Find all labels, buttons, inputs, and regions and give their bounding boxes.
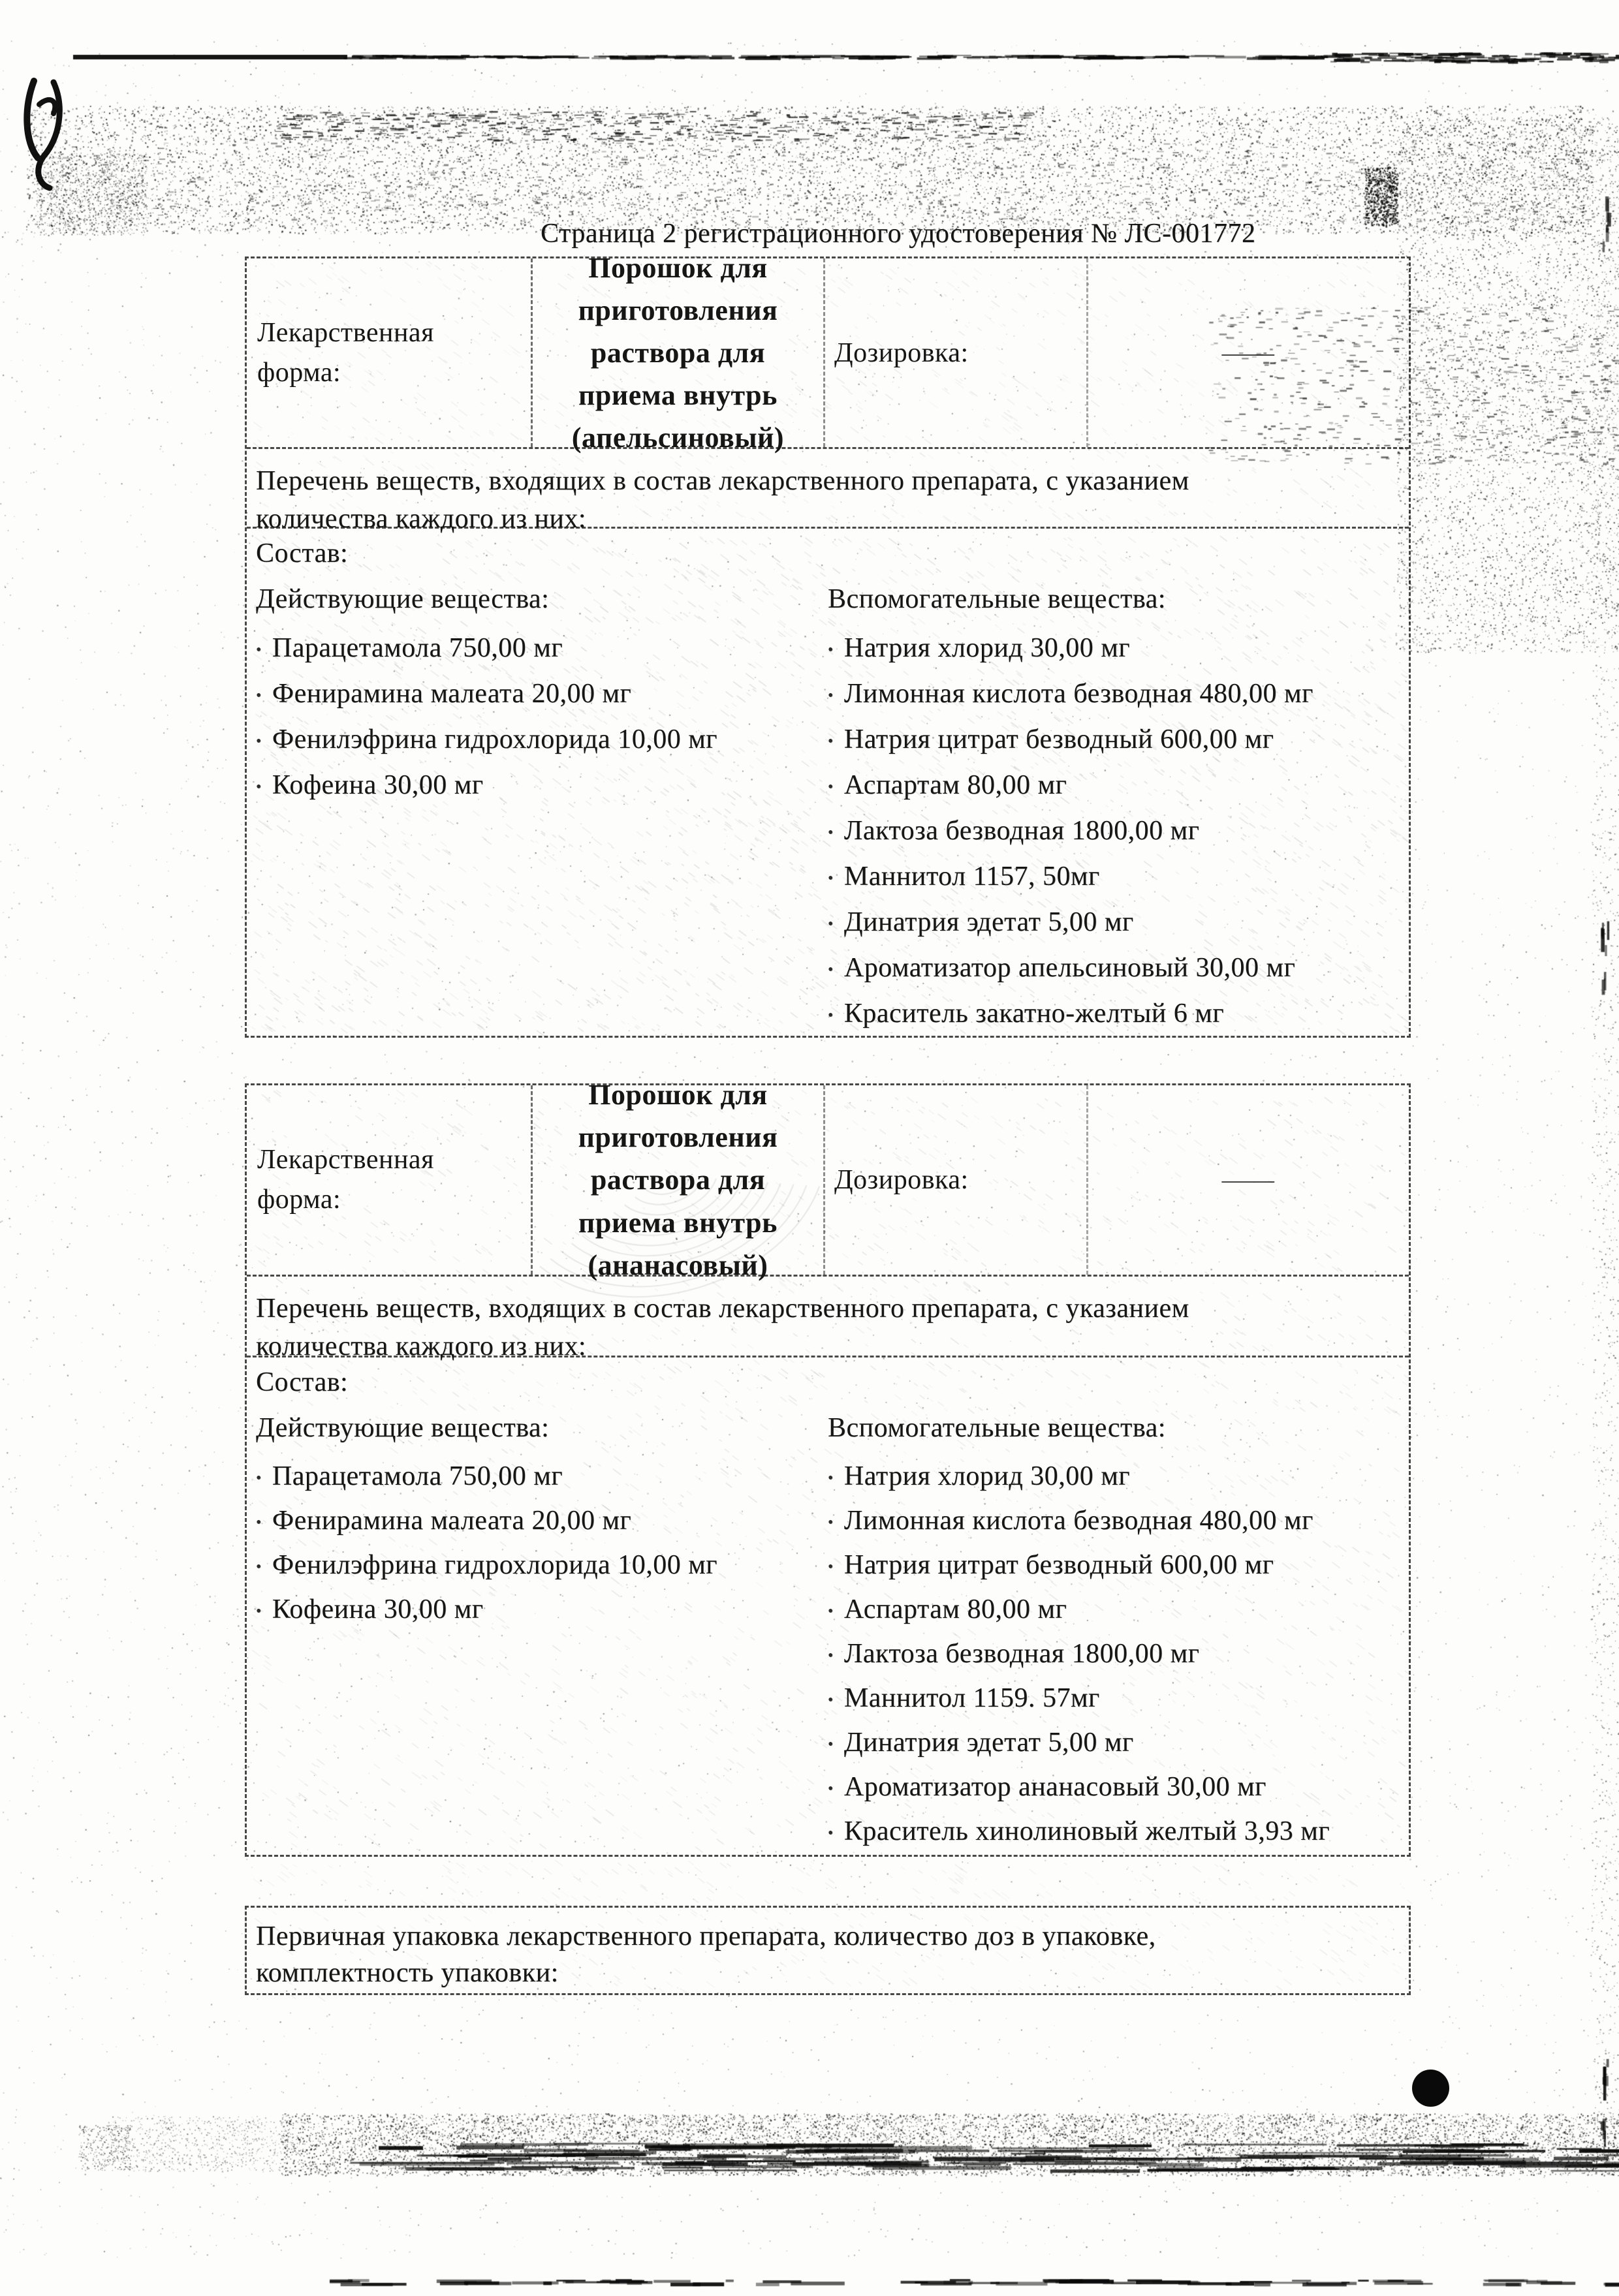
list-item: •Натрия хлорид 30,00 мг xyxy=(828,1454,1410,1498)
list-item: •Краситель закатно-желтый 6 мг xyxy=(828,991,1410,1036)
bullet-icon: • xyxy=(828,779,834,795)
dosage-value-cell: — xyxy=(1088,258,1409,447)
ingredient-text: Краситель закатно-желтый 6 мг xyxy=(844,998,1224,1029)
ingredient-text: Натрия цитрат безводный 600,00 мг xyxy=(844,724,1274,755)
dash-placeholder: — xyxy=(1222,1166,1275,1194)
composition-label: Состав: xyxy=(256,1367,348,1398)
active-substances-header: Действующие вещества: xyxy=(256,583,549,615)
ingredient-text: Лактоза безводная 1800,00 мг xyxy=(844,1638,1200,1669)
bullet-icon: • xyxy=(828,916,834,932)
ingredient-text: Ароматизатор ананасовый 30,00 мг xyxy=(844,1771,1266,1803)
list-item: •Лимонная кислота безводная 480,00 мг xyxy=(828,1498,1410,1543)
list-item: •Динатрия эдетат 5,00 мг xyxy=(828,1720,1410,1765)
bullet-icon: • xyxy=(828,871,834,886)
ingredient-text: Лимонная кислота безводная 480,00 мг xyxy=(844,678,1313,709)
ingredient-text: Динатрия эдетат 5,00 мг xyxy=(844,907,1134,938)
bullet-icon: • xyxy=(256,1559,262,1575)
bullet-icon: • xyxy=(256,642,262,658)
ingredient-text: Аспартам 80,00 мг xyxy=(844,1594,1067,1625)
dosage-label-cell: Дозировка: xyxy=(825,1085,1088,1275)
list-item: •Ароматизатор ананасовый 30,00 мг xyxy=(828,1765,1410,1809)
composition-label: Состав: xyxy=(256,538,348,569)
list-item: •Маннитол 1159. 57мг xyxy=(828,1676,1410,1720)
bullet-icon: • xyxy=(828,1692,834,1708)
list-item: •Динатрия эдетат 5,00 мг xyxy=(828,899,1410,945)
ingredient-text: Маннитол 1159. 57мг xyxy=(844,1683,1100,1714)
list-item: •Фенилэфрина гидрохлорида 10,00 мг xyxy=(256,1543,817,1587)
page-title: Страница 2 регистрационного удостоверени… xyxy=(541,218,1256,249)
dosage-label-cell: Дозировка: xyxy=(825,258,1088,447)
form-label-cell: Лекарственная форма: xyxy=(247,1085,533,1275)
ingredient-text: Краситель хинолиновый желтый 3,93 мг xyxy=(844,1816,1330,1847)
ingredient-text: Натрия хлорид 30,00 мг xyxy=(844,1461,1130,1492)
bullet-icon: • xyxy=(828,1825,834,1841)
bullet-icon: • xyxy=(828,1559,834,1575)
ingredient-text: Фенилэфрина гидрохлорида 10,00 мг xyxy=(272,1549,717,1581)
ingredient-text: Ароматизатор апельсиновый 30,00 мг xyxy=(844,952,1295,984)
ingredient-text: Аспартам 80,00 мг xyxy=(844,769,1067,801)
drug-form-table-pineapple: Лекарственная форма: Порошок для пригото… xyxy=(245,1083,1411,1857)
ingredient-text: Натрия хлорид 30,00 мг xyxy=(844,632,1130,664)
list-item: •Ароматизатор апельсиновый 30,00 мг xyxy=(828,945,1410,991)
list-item: •Фенирамина малеата 20,00 мг xyxy=(256,1498,817,1543)
ingredient-text: Маннитол 1157, 50мг xyxy=(844,861,1100,892)
list-item: •Фенилэфрина гидрохлорида 10,00 мг xyxy=(256,717,817,762)
bullet-icon: • xyxy=(828,688,834,704)
bullet-icon: • xyxy=(828,1604,834,1619)
ingredient-text: Динатрия эдетат 5,00 мг xyxy=(844,1727,1134,1758)
list-item: •Лактоза безводная 1800,00 мг xyxy=(828,808,1410,854)
handwritten-mark xyxy=(18,68,74,198)
active-substances-list: •Парацетамола 750,00 мг•Фенирамина малеа… xyxy=(256,1454,817,1632)
bullet-icon: • xyxy=(256,688,262,704)
bullet-icon: • xyxy=(828,1781,834,1797)
bullet-icon: • xyxy=(256,734,262,749)
bullet-icon: • xyxy=(828,1515,834,1530)
list-item: •Лактоза безводная 1800,00 мг xyxy=(828,1632,1410,1676)
bullet-icon: • xyxy=(828,1008,834,1023)
ingredient-text: Фенирамина малеата 20,00 мг xyxy=(272,678,631,709)
dosage-value-cell: — xyxy=(1088,1085,1409,1275)
list-item: •Аспартам 80,00 мг xyxy=(828,762,1410,808)
active-substances-header: Действующие вещества: xyxy=(256,1412,549,1444)
packaging-note: Первичная упаковка лекарственного препар… xyxy=(245,1906,1411,1995)
list-item: •Маннитол 1157, 50мг xyxy=(828,854,1410,899)
ingredient-text: Кофеина 30,00 мг xyxy=(272,1594,484,1625)
bullet-icon: • xyxy=(828,642,834,658)
excipients-header: Вспомогательные вещества: xyxy=(828,583,1166,615)
ingredient-text: Фенирамина малеата 20,00 мг xyxy=(272,1505,631,1536)
list-item: •Краситель хинолиновый желтый 3,93 мг xyxy=(828,1809,1410,1854)
bullet-icon: • xyxy=(256,1604,262,1619)
form-label-cell: Лекарственная форма: xyxy=(247,258,533,447)
excipients-list: •Натрия хлорид 30,00 мг•Лимонная кислота… xyxy=(828,625,1410,1036)
active-substances-list: •Парацетамола 750,00 мг•Фенирамина малеа… xyxy=(256,625,817,808)
list-item: •Парацетамола 750,00 мг xyxy=(256,1454,817,1498)
list-item: •Аспартам 80,00 мг xyxy=(828,1587,1410,1632)
bullet-icon: • xyxy=(828,962,834,978)
bullet-icon: • xyxy=(256,1515,262,1530)
drug-form-table-orange: Лекарственная форма: Порошок для пригото… xyxy=(245,256,1411,1038)
bullet-icon: • xyxy=(256,1470,262,1486)
ingredient-text: Кофеина 30,00 мг xyxy=(272,769,484,801)
ingredient-text: Парацетамола 750,00 мг xyxy=(272,632,563,664)
scanned-document-page: Страница 2 регистрационного удостоверени… xyxy=(0,0,1619,2296)
ingredient-text: Натрия цитрат безводный 600,00 мг xyxy=(844,1549,1274,1581)
ink-blot xyxy=(1412,2070,1449,2107)
bullet-icon: • xyxy=(256,779,262,795)
bullet-icon: • xyxy=(828,734,834,749)
ingredient-text: Лимонная кислота безводная 480,00 мг xyxy=(844,1505,1313,1536)
list-item: •Натрия цитрат безводный 600,00 мг xyxy=(828,1543,1410,1587)
list-item: •Фенирамина малеата 20,00 мг xyxy=(256,671,817,717)
ingredient-text: Парацетамола 750,00 мг xyxy=(272,1461,563,1492)
form-row: Лекарственная форма: Порошок для пригото… xyxy=(247,1085,1409,1277)
substances-intro: Перечень веществ, входящих в состав лека… xyxy=(247,449,1409,529)
bullet-icon: • xyxy=(828,825,834,841)
list-item: •Натрия хлорид 30,00 мг xyxy=(828,625,1410,671)
dash-placeholder: — xyxy=(1222,339,1275,367)
list-item: •Парацетамола 750,00 мг xyxy=(256,625,817,671)
ingredient-text: Лактоза безводная 1800,00 мг xyxy=(844,815,1200,846)
list-item: •Натрия цитрат безводный 600,00 мг xyxy=(828,717,1410,762)
form-value-cell: Порошок для приготовления раствора для п… xyxy=(533,1085,825,1275)
list-item: •Кофеина 30,00 мг xyxy=(256,1587,817,1632)
excipients-list: •Натрия хлорид 30,00 мг•Лимонная кислота… xyxy=(828,1454,1410,1854)
form-value-cell: Порошок для приготовления раствора для п… xyxy=(533,258,825,447)
substances-intro: Перечень веществ, входящих в состав лека… xyxy=(247,1277,1409,1357)
bullet-icon: • xyxy=(828,1470,834,1486)
form-row: Лекарственная форма: Порошок для пригото… xyxy=(247,258,1409,449)
list-item: •Лимонная кислота безводная 480,00 мг xyxy=(828,671,1410,717)
bullet-icon: • xyxy=(828,1737,834,1752)
bullet-icon: • xyxy=(828,1648,834,1664)
excipients-header: Вспомогательные вещества: xyxy=(828,1412,1166,1444)
list-item: •Кофеина 30,00 мг xyxy=(256,762,817,808)
ingredient-text: Фенилэфрина гидрохлорида 10,00 мг xyxy=(272,724,717,755)
